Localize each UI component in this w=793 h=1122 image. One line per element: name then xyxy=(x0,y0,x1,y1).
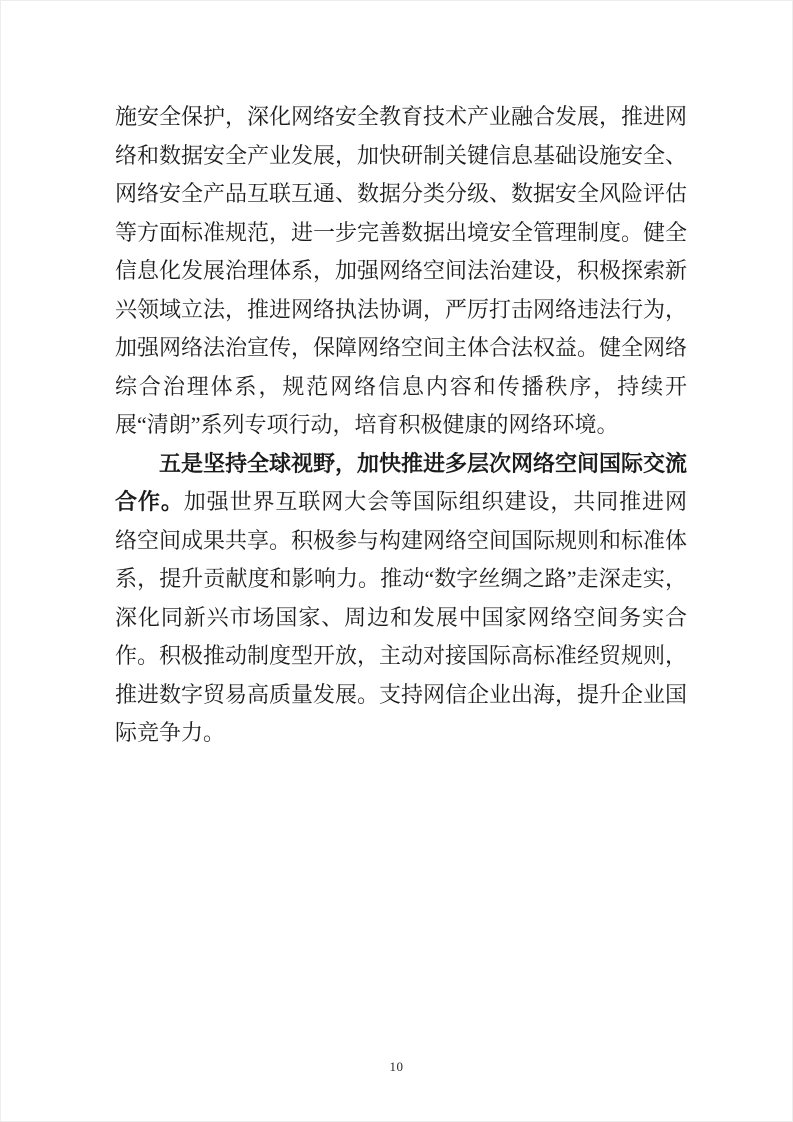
paragraph-text: 施安全保护，深化网络安全教育技术产业融合发展，推进网络和数据安全产业发展，加快研… xyxy=(115,104,687,437)
document-page: 施安全保护，深化网络安全教育技术产业融合发展，推进网络和数据安全产业发展，加快研… xyxy=(0,0,793,1122)
paragraph-text: 加强世界互联网大会等国际组织建设，共同推进网络空间成果共享。积极参与构建网络空间… xyxy=(115,489,687,745)
paragraph-point-five: 五是坚持全球视野，加快推进多层次网络空间国际交流合作。加强世界互联网大会等国际组… xyxy=(115,445,687,753)
paragraph-continuation: 施安全保护，深化网络安全教育技术产业融合发展，推进网络和数据安全产业发展，加快研… xyxy=(115,98,687,445)
page-number: 10 xyxy=(390,1059,404,1074)
page-body: 施安全保护，深化网络安全教育技术产业融合发展，推进网络和数据安全产业发展，加快研… xyxy=(115,98,687,753)
page-footer: 10 xyxy=(0,1058,793,1076)
